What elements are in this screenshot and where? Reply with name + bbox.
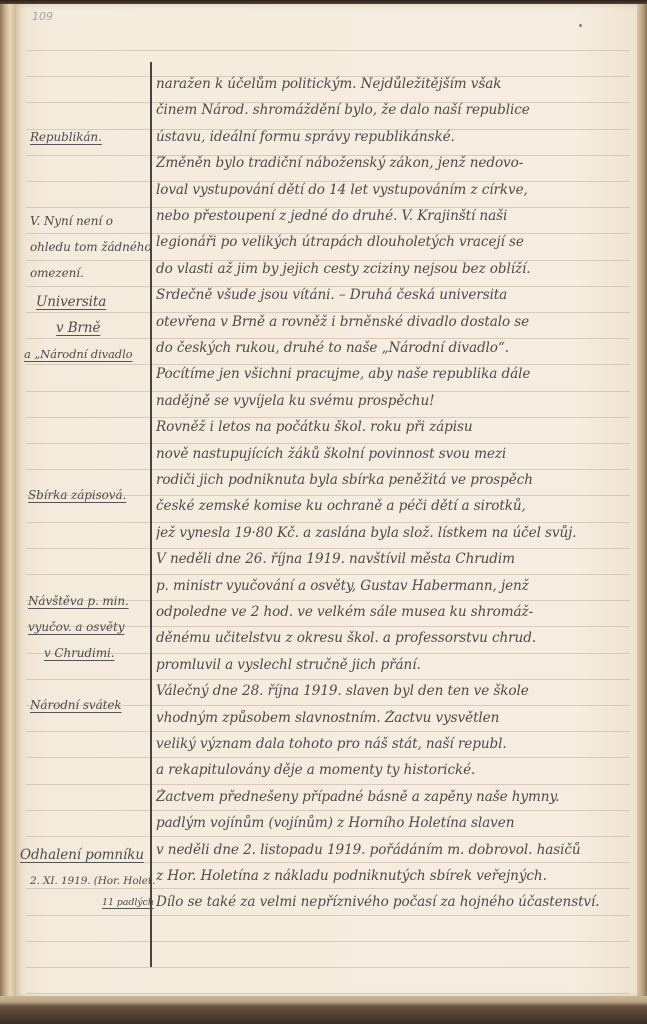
chronicle-line: nadějně se vyvíjela ku svému prospěchu! xyxy=(156,393,634,409)
rule-line xyxy=(26,548,630,549)
rule-line xyxy=(26,810,630,811)
rule-line xyxy=(26,574,630,575)
rule-line xyxy=(26,522,630,523)
rule-line xyxy=(26,653,630,654)
rule-line xyxy=(26,679,630,680)
chronicle-line: v neděli dne 2. listopadu 1919. pořádání… xyxy=(156,842,634,858)
margin-note-nyni-line2: ohledu tom žádného xyxy=(30,240,152,254)
chronicle-line: odpoledne ve 2 hod. ve velkém sále musea… xyxy=(156,604,634,620)
chronicle-line: Žactvem přednešeny případné básně a zapě… xyxy=(156,789,634,805)
chronicle-line: p. ministr vyučování a osvěty, Gustav Ha… xyxy=(156,578,634,594)
rule-line xyxy=(26,757,630,758)
rule-line xyxy=(26,417,630,418)
margin-note-nyni-line1: V. Nyní není o xyxy=(30,214,113,228)
chronicle-line: činem Národ. shromáždění bylo, že dalo n… xyxy=(156,102,634,118)
chronicle-line: z Hor. Holetína z nákladu podniknutých s… xyxy=(156,868,634,884)
chronicle-line: vhodným způsobem slavnostním. Žactvu vys… xyxy=(156,710,634,726)
chronicle-line: veliký význam dala tohoto pro náš stát, … xyxy=(156,736,634,752)
chronicle-line: nebo přestoupení z jedné do druhé. V. Kr… xyxy=(156,208,634,224)
rule-line xyxy=(26,443,630,444)
chronicle-line: padlým vojínům (vojínům) z Horního Holet… xyxy=(156,815,634,831)
rule-line xyxy=(26,469,630,470)
margin-note-universita: Universita xyxy=(36,294,106,310)
chronicle-line: české zemské komise ku ochraně a péči dě… xyxy=(156,498,634,514)
chronicle-line: Rovněž i letos na počátku škol. roku při… xyxy=(156,419,634,435)
chronicle-line: otevřena v Brně a rovněž i brněnské diva… xyxy=(156,314,634,330)
chronicle-line: ústavu, ideální formu správy republikáns… xyxy=(156,129,634,145)
book-bottom-edge xyxy=(0,996,647,1024)
chronicle-line: rodiči jich podniknuta byla sbírka peněž… xyxy=(156,472,634,488)
chronicle-line: naražen k účelům politickým. Nejdůležitě… xyxy=(156,76,634,92)
margin-note-navsteva-line3: v Chrudimi. xyxy=(44,646,114,660)
ink-dot xyxy=(579,24,582,27)
chronicle-line: do českých rukou, druhé to naše „Národní… xyxy=(156,340,634,356)
page-edge xyxy=(637,4,647,997)
page-number: 109 xyxy=(32,10,53,23)
rule-line xyxy=(26,915,630,916)
margin-note-navsteva-line2: vyučov. a osvěty xyxy=(28,620,124,634)
margin-note-odhaleni: Odhalení pomníku xyxy=(20,847,144,863)
chronicle-page: 109 Republikán. V. Nyní není o ohledu to… xyxy=(16,4,638,997)
rule-line xyxy=(26,993,630,994)
rule-line xyxy=(26,364,630,365)
rule-line xyxy=(26,836,630,837)
rule-line xyxy=(26,731,630,732)
rule-line xyxy=(26,888,630,889)
rule-line xyxy=(26,784,630,785)
rule-line xyxy=(26,967,630,968)
chronicle-line: Dílo se také za velmi nepříznivého počas… xyxy=(156,894,634,910)
margin-note-navsteva-line1: Návštěva p. min. xyxy=(28,594,129,608)
margin-line xyxy=(150,62,152,967)
chronicle-line: děnému učitelstvu z okresu škol. a profe… xyxy=(156,630,634,646)
chronicle-line: do vlasti až jim by jejich cesty zciziny… xyxy=(156,261,634,277)
chronicle-line: loval vystupování dětí do 14 let vystupo… xyxy=(156,182,634,198)
rule-line xyxy=(26,50,630,51)
margin-note-republikan: Republikán. xyxy=(30,130,102,144)
rule-line xyxy=(26,391,630,392)
chronicle-line: Změněn bylo tradiční náboženský zákon, j… xyxy=(156,155,634,171)
chronicle-line: Pocítíme jen všichni pracujme, aby naše … xyxy=(156,366,634,382)
chronicle-line: jež vynesla 19·80 Kč. a zaslána byla slo… xyxy=(156,525,634,541)
chronicle-line: promluvil a vyslechl stručně jich přání. xyxy=(156,657,634,673)
margin-note-narodni-svatek: Národní svátek xyxy=(30,698,122,712)
chronicle-line: nově nastupujících žáků školní povinnost… xyxy=(156,446,634,462)
chronicle-line: Srdečně všude jsou vítáni. – Druhá česká… xyxy=(156,287,634,303)
margin-note-narodni-divadlo: a „Národní divadlo xyxy=(24,347,132,361)
margin-note-padlych: 11 padlých xyxy=(102,897,154,908)
chronicle-line: Válečný dne 28. října 1919. slaven byl d… xyxy=(156,683,634,699)
chronicle-line: legionáři po velikých útrapách dlouholet… xyxy=(156,234,634,250)
margin-note-v-brne: v Brně xyxy=(56,320,100,336)
chronicle-line: V neděli dne 26. října 1919. navštívil m… xyxy=(156,551,634,567)
rule-line xyxy=(26,941,630,942)
chronicle-line: a rekapitulovány děje a momenty ty histo… xyxy=(156,762,634,778)
margin-note-odhaleni-date: 2. XI. 1919. (Hor. Holet. xyxy=(30,875,155,887)
margin-note-nyni-line3: omezení. xyxy=(30,266,84,280)
margin-note-sbirka: Sbírka zápisová. xyxy=(28,488,126,502)
